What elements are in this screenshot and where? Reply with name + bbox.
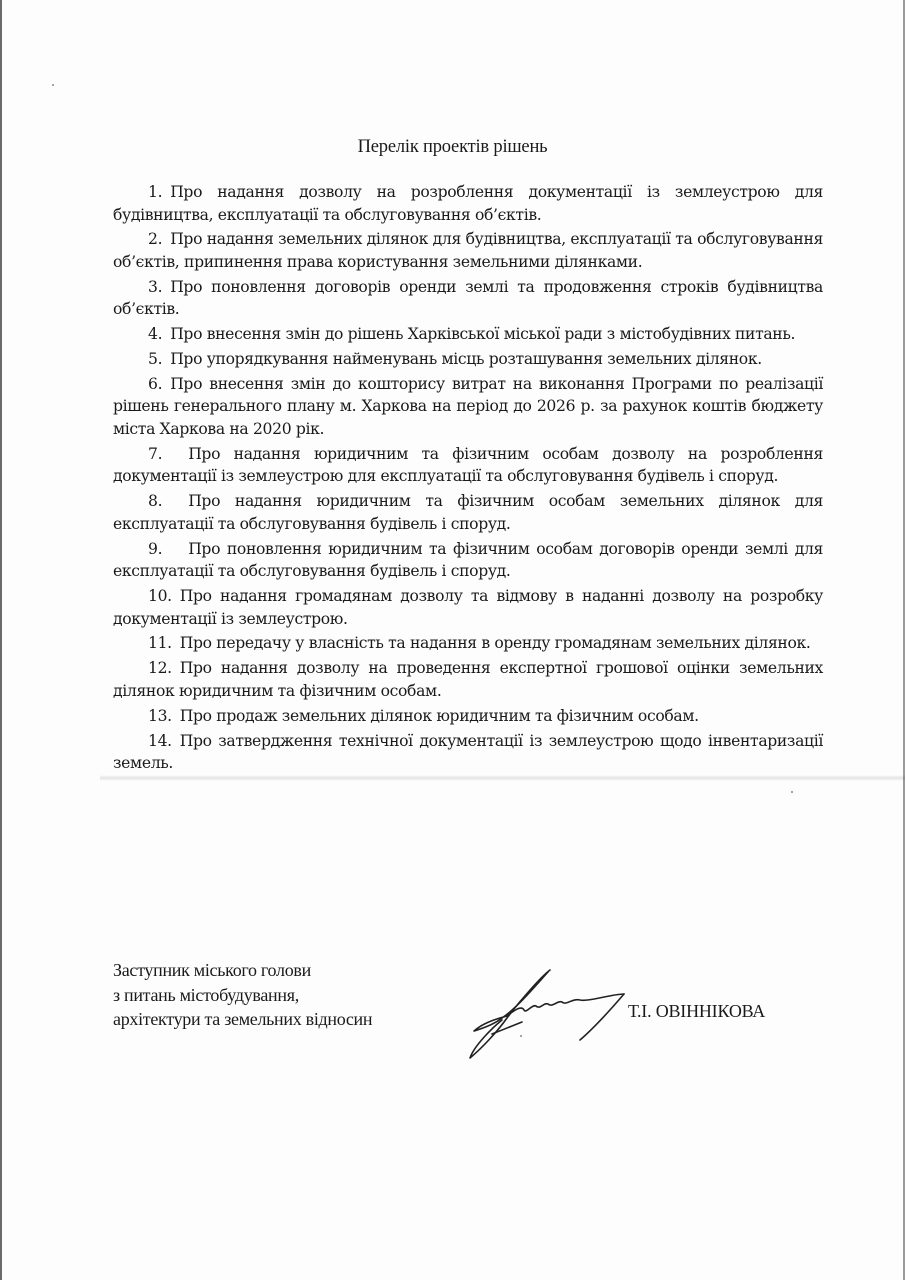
item-number: 5.	[148, 350, 162, 368]
item-text: Про надання юридичним та фізичним особам…	[113, 445, 823, 486]
item-number: 3.	[148, 278, 162, 296]
signatory-name: Т.І. ОВІННІКОВА	[628, 1001, 765, 1022]
list-item: 13.Про продаж земельних ділянок юридични…	[113, 705, 823, 728]
item-number: 4.	[148, 325, 162, 343]
list-item: 11.Про передачу у власність та надання в…	[113, 632, 823, 655]
item-number: 8.	[148, 492, 162, 510]
item-text: Про передачу у власність та надання в ор…	[180, 634, 811, 652]
document-title: Перелік проектів рішень	[0, 137, 905, 158]
item-text: Про надання дозволу на розроблення докум…	[113, 183, 823, 224]
item-number: 10.	[148, 587, 172, 605]
list-item: 14.Про затвердження технічної документац…	[113, 730, 823, 775]
item-text: Про надання дозволу на проведення експер…	[113, 659, 823, 700]
item-text: Про надання юридичним та фізичним особам…	[113, 492, 823, 533]
item-text: Про надання земельних ділянок для будівн…	[113, 230, 823, 271]
item-number: 1.	[148, 183, 162, 201]
list-item: 6.Про внесення змін до кошторису витрат …	[113, 373, 823, 441]
list-item: 4.Про внесення змін до рішень Харківсько…	[113, 323, 823, 346]
position-line: Заступник міського голови	[113, 958, 372, 983]
item-text: Про продаж земельних ділянок юридичним т…	[180, 707, 699, 725]
item-number: 14.	[148, 732, 172, 750]
item-text: Про упорядкування найменувань місць розт…	[170, 350, 762, 368]
item-text: Про поновлення юридичним та фізичним осо…	[113, 540, 823, 581]
signatory-position: Заступник міського голови з питань місто…	[113, 958, 372, 1032]
position-line: з питань містобудування,	[113, 983, 372, 1008]
list-item: 3.Про поновлення договорів оренди землі …	[113, 276, 823, 321]
scan-speck	[52, 84, 54, 86]
list-item: 2.Про надання земельних ділянок для буді…	[113, 228, 823, 273]
item-text: Про затвердження технічної документації …	[113, 732, 823, 773]
handwritten-signature-icon	[462, 958, 632, 1073]
item-text: Про надання громадянам дозволу та відмов…	[113, 587, 823, 628]
list-item: 10.Про надання громадянам дозволу та від…	[113, 585, 823, 630]
item-text: Про поновлення договорів оренди землі та…	[113, 278, 823, 319]
list-item: 8.Про надання юридичним та фізичним особ…	[113, 490, 823, 535]
list-item: 1.Про надання дозволу на розроблення док…	[113, 181, 823, 226]
item-number: 6.	[148, 375, 162, 393]
item-number: 9.	[148, 540, 162, 558]
item-number: 13.	[148, 707, 172, 725]
scan-speck	[520, 1035, 522, 1037]
list-item: 7.Про надання юридичним та фізичним особ…	[113, 443, 823, 488]
decision-list: 1.Про надання дозволу на розроблення док…	[113, 181, 823, 777]
item-text: Про внесення змін до кошторису витрат на…	[113, 375, 823, 438]
list-item: 12.Про надання дозволу на проведення екс…	[113, 657, 823, 702]
item-number: 12.	[148, 659, 172, 677]
list-item: 9.Про поновлення юридичним та фізичним о…	[113, 538, 823, 583]
item-number: 11.	[148, 634, 172, 652]
scan-speck	[791, 791, 793, 793]
list-item: 5.Про упорядкування найменувань місць ро…	[113, 348, 823, 371]
position-line: архітектури та земельних відносин	[113, 1007, 372, 1032]
item-number: 2.	[148, 230, 162, 248]
scan-edge-left	[0, 0, 2, 1280]
item-text: Про внесення змін до рішень Харківської …	[170, 325, 795, 343]
item-number: 7.	[148, 445, 162, 463]
